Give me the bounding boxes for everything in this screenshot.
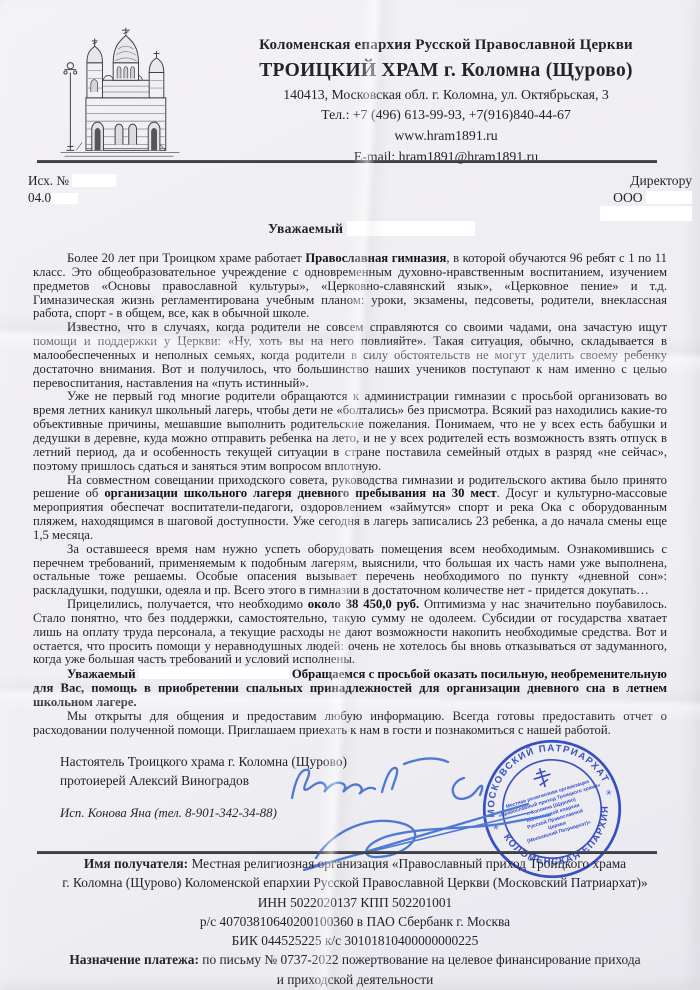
recipient-name-1: Местная религиозная организация «Правосл… [191, 856, 626, 871]
letter-page: Коломенская епархия Русской Православной… [0, 0, 700, 990]
signature-block: Настоятель Троицкого храма г. Коломна (Щ… [60, 752, 347, 790]
addressee-block: Директору ООО [492, 172, 692, 223]
letter-date: 04.0 [28, 190, 51, 205]
body-paragraph: На совместном совещании приходского сове… [33, 474, 667, 543]
purpose-label: Назначение платежа: [69, 952, 199, 967]
redaction-box [139, 667, 289, 679]
redaction-box [646, 191, 692, 204]
addressee-company-prefix: ООО [613, 190, 642, 205]
salutation-line: Уважаемый [268, 221, 475, 237]
body-paragraphs: Более 20 лет при Троицком храме работает… [33, 252, 667, 738]
body-paragraph: Прицелились, получается, что необходимо … [33, 598, 667, 667]
reference-block: Исх. № 04.0 [28, 172, 116, 206]
church-etching-icon [56, 18, 184, 164]
payment-details: Имя получателя: Местная религиозная орга… [40, 854, 670, 989]
signer-name: протоиерей Алексий Виноградов [60, 771, 347, 790]
outgoing-number-label: Исх. № [28, 173, 69, 188]
redaction-box [600, 206, 692, 221]
header-divider [37, 160, 657, 163]
body-paragraph: За оставшееся время нам нужно успеть обо… [33, 543, 667, 598]
org-line: Коломенская епархия Русской Православной… [200, 38, 692, 53]
recipient-label: Имя получателя: [84, 856, 188, 871]
letterhead: Коломенская епархия Русской Православной… [200, 38, 692, 164]
org-address: 140413, Московская обл. г. Коломна, ул. … [200, 88, 692, 102]
redaction-box [72, 174, 116, 187]
body-paragraph: Известно, что в случаях, когда родители … [33, 321, 667, 390]
org-website: www.hram1891.ru [200, 129, 692, 143]
org-phone: Тел.: +7 (496) 613-99-93, +7(916)840-44-… [200, 108, 692, 122]
body-paragraph: Более 20 лет при Троицком храме работает… [33, 252, 667, 321]
stamp-star-right: ✳ [604, 788, 613, 799]
inn-kpp: ИНН 5022020137 КПП 502201001 [40, 893, 670, 912]
bank-account: р/с 40703810640200100360 в ПАО Сбербанк … [40, 912, 670, 931]
redaction-box [51, 193, 78, 204]
bik-line: БИК 044525225 к/с 30101810400000000225 [40, 931, 670, 950]
orthodox-cross-icon [531, 766, 553, 790]
page-title: ТРОИЦКИЙ ХРАМ г. Коломна (Щурово) [200, 61, 692, 81]
body-paragraph: Уже не первый год многие родители обраща… [33, 390, 667, 473]
purpose-text-1: по письму № 0737-2022 пожертвование на ц… [202, 952, 640, 967]
stamp-star-left: ✳ [491, 822, 500, 833]
body-paragraph: Уважаемый Обращаемся с просьбой оказать … [33, 667, 667, 710]
recipient-name-2: г. Коломна (Щурово) Коломенской епархии … [40, 873, 670, 892]
signer-position: Настоятель Троицкого храма г. Коломна (Щ… [60, 752, 347, 771]
purpose-text-2: и приходской деятельности [40, 970, 670, 989]
addressee-role: Директору [492, 172, 692, 189]
redaction-box [347, 221, 475, 236]
salutation-word: Уважаемый [268, 221, 343, 236]
executor-line: Исп. Конова Яна (тел. 8-901-342-34-88) [60, 806, 277, 821]
